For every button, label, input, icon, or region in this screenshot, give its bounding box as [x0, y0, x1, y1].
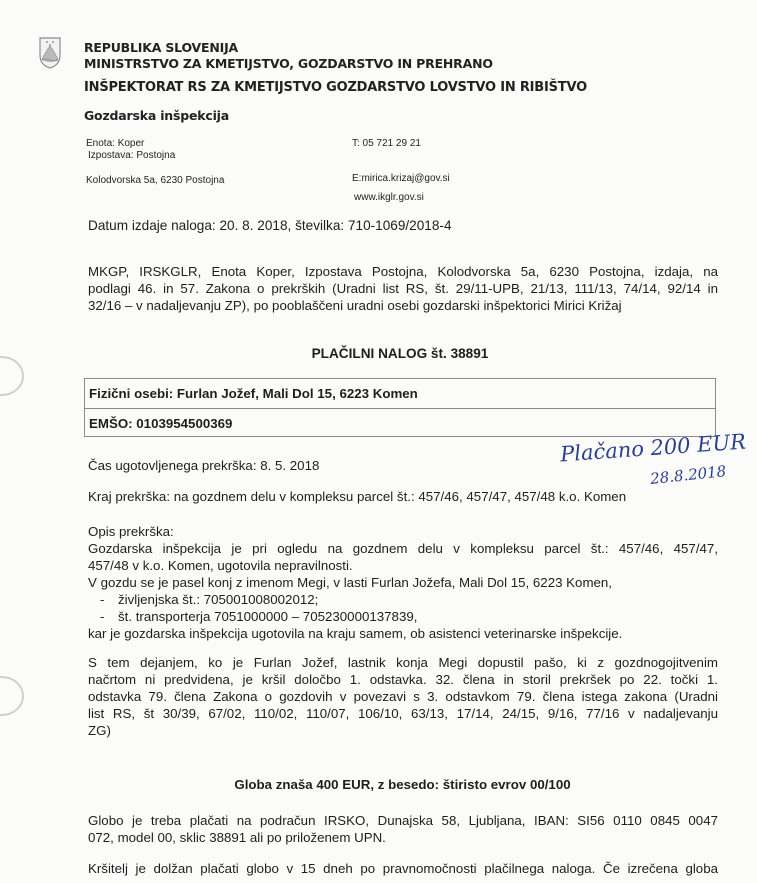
contact-website[interactable]: www.ikglr.gov.si	[354, 192, 424, 203]
description-closing: kar je gozdarska inšpekcija ugotovila na…	[88, 625, 718, 642]
header-republic: REPUBLIKA SLOVENIJA	[84, 40, 238, 55]
violation-line: S tem dejanjem, ko je Furlan Jožef, last…	[88, 654, 718, 671]
order-title: PLAČILNI NALOG št. 38891	[0, 346, 757, 361]
payment-instructions: Globo je treba plačati na podračun IRSKO…	[88, 812, 718, 846]
handwritten-payment-date: 28.8.2018	[649, 462, 727, 488]
intro-line: podlagi 46. in 57. Zakona o prekrških (U…	[88, 280, 718, 297]
person-name-address: Fizični osebi: Furlan Jožef, Mali Dol 15…	[89, 386, 418, 401]
payment-deadline: Kršitelj je dolžan plačati globo v 15 dn…	[88, 860, 718, 877]
contact-branch: Izpostava: Postojna	[88, 150, 175, 161]
violation-line: ZG)	[88, 722, 718, 739]
punch-hole	[0, 676, 24, 716]
header-department: Gozdarska inšpekcija	[84, 108, 229, 123]
fine-amount: Globa znaša 400 EUR, z besedo: štiristo …	[0, 777, 757, 792]
payment-line: Globo je treba plačati na podračun IRSKO…	[88, 812, 718, 829]
animal-id-item: št. transporterja 7051000000 – 705230000…	[88, 608, 718, 625]
violation-line: odstavka 79. člena Zakona o gozdovih v p…	[88, 688, 718, 705]
issue-date-number: Datum izdaje naloga: 20. 8. 2018, števil…	[88, 218, 452, 233]
violation-paragraph: S tem dejanjem, ko je Furlan Jožef, last…	[88, 654, 718, 739]
intro-line: 32/16 – v nadaljevanju ZP), po pooblašče…	[88, 297, 718, 314]
deadline-line: Kršitelj je dolžan plačati globo v 15 dn…	[88, 860, 718, 877]
animal-id-item: življenjska št.: 705001008002012;	[88, 591, 718, 608]
contact-phone: T: 05 721 29 21	[352, 138, 421, 149]
contact-email[interactable]: E:mirica.krizaj@gov.si	[352, 173, 450, 184]
payment-line: 072, model 00, sklic 38891 ali po prilož…	[88, 829, 718, 846]
offense-description: Opis prekrška: Gozdarska inšpekcija je p…	[88, 523, 718, 642]
description-line: Gozdarska inšpekcija je pri ogledu na go…	[88, 540, 718, 557]
contact-address: Kolodvorska 5a, 6230 Postojna	[86, 175, 224, 186]
intro-paragraph: MKGP, IRSKGLR, Enota Koper, Izpostava Po…	[88, 263, 718, 314]
animal-id-list: življenjska št.: 705001008002012; št. tr…	[88, 591, 718, 625]
punch-hole	[0, 356, 24, 396]
offense-place: Kraj prekrška: na gozdnem delu v komplek…	[88, 489, 626, 504]
contact-unit: Enota: Koper	[86, 138, 144, 149]
violation-line: list RS, št 30/39, 67/02, 110/02, 110/07…	[88, 705, 718, 722]
offense-time: Čas ugotovljenega prekrška: 8. 5. 2018	[88, 458, 319, 473]
intro-line: MKGP, IRSKGLR, Enota Koper, Izpostava Po…	[88, 263, 718, 280]
person-box: Fizični osebi: Furlan Jožef, Mali Dol 15…	[84, 378, 716, 437]
description-line: V gozdu se je pasel konj z imenom Megi, …	[88, 574, 718, 591]
description-line: 457/48 v k.o. Komen, ugotovila nepraviln…	[88, 557, 718, 574]
slovenia-coat-of-arms-icon	[39, 37, 61, 69]
header-inspectorate: INŠPEKTORAT RS ZA KMETIJSTVO GOZDARSTVO …	[84, 80, 587, 95]
person-emso: EMŠO: 0103954500369	[89, 416, 232, 431]
violation-line: načrtom ni predvidena, je kršil določbo …	[88, 671, 718, 688]
description-heading: Opis prekrška:	[88, 523, 718, 540]
box-divider	[85, 408, 715, 409]
header-ministry: MINISTRSTVO ZA KMETIJSTVO, GOZDARSTVO IN…	[84, 56, 493, 71]
